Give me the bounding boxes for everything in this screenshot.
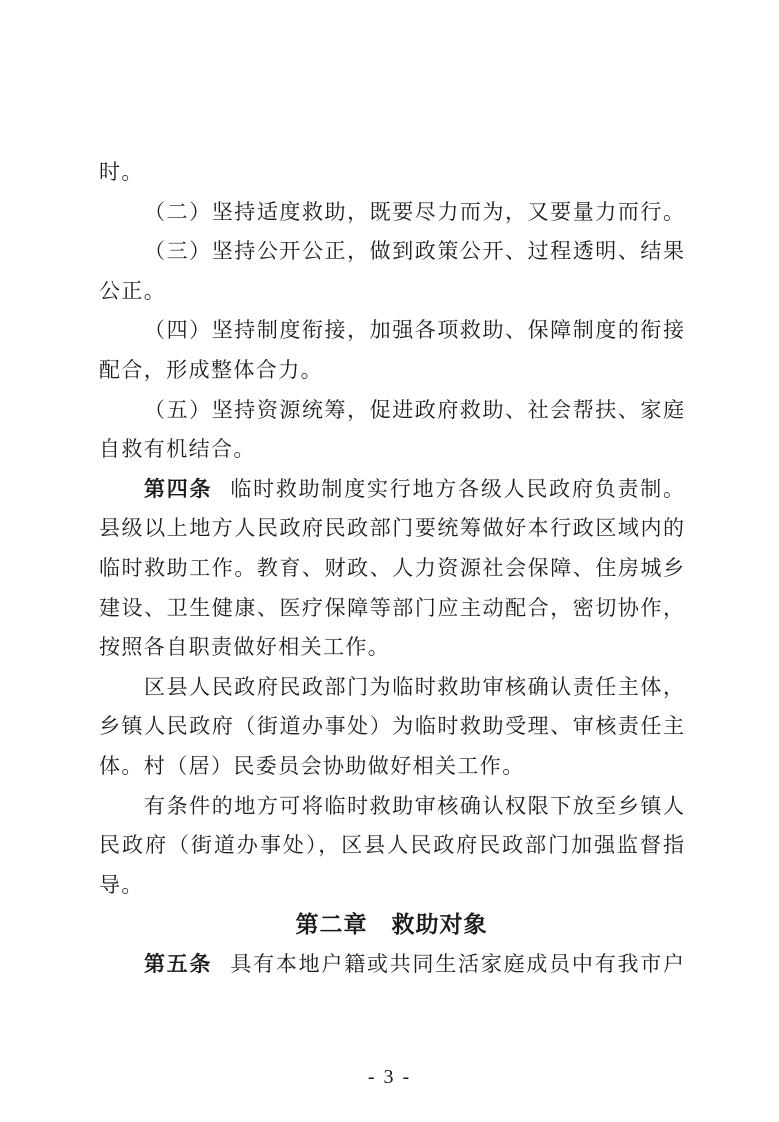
page-number: - 3 - — [0, 1057, 779, 1097]
article-number: 第五条 — [144, 953, 230, 976]
text-line: 乡镇人民政府（街道办事处）为临时救助受理、审核责任主 — [99, 707, 684, 747]
text-line: 第四条临时救助制度实行地方各级人民政府负责制。 — [99, 470, 684, 510]
text-line: 导。 — [99, 866, 684, 906]
document-body: 时。 （二）坚持适度救助，既要尽力而为，又要量力而行。 （三）坚持公开公正，做到… — [99, 153, 684, 984]
text-line: 建设、卫生健康、医疗保障等部门应主动配合，密切协作， — [99, 589, 684, 629]
text-line: 有条件的地方可将临时救助审核确认权限下放至乡镇人 — [99, 787, 684, 827]
chapter-heading: 第二章 救助对象 — [99, 905, 684, 945]
text-line: 县级以上地方人民政府民政部门要统筹做好本行政区域内的 — [99, 509, 684, 549]
document-page: 时。 （二）坚持适度救助，既要尽力而为，又要量力而行。 （三）坚持公开公正，做到… — [0, 0, 779, 1122]
text-line: 自救有机结合。 — [99, 430, 684, 470]
text-line: （三）坚持公开公正，做到政策公开、过程透明、结果 — [99, 232, 684, 272]
article-text: 临时救助制度实行地方各级人民政府负责制。 — [230, 477, 684, 501]
text-line: 区县人民政府民政部门为临时救助审核确认责任主体， — [99, 668, 684, 708]
text-line: （五）坚持资源统筹，促进政府救助、社会帮扶、家庭 — [99, 391, 684, 431]
text-line: 临时救助工作。教育、财政、人力资源社会保障、住房城乡 — [99, 549, 684, 589]
text-line: 公正。 — [99, 272, 684, 312]
text-line: （二）坚持适度救助，既要尽力而为，又要量力而行。 — [99, 193, 684, 233]
text-line: 配合，形成整体合力。 — [99, 351, 684, 391]
text-line: 体。村（居）民委员会协助做好相关工作。 — [99, 747, 684, 787]
text-line: 民政府（街道办事处），区县人民政府民政部门加强监督指 — [99, 826, 684, 866]
article-number: 第四条 — [144, 478, 230, 501]
article-text: 具有本地户籍或共同生活家庭成员中有我市户 — [230, 952, 684, 976]
text-line: 按照各自职责做好相关工作。 — [99, 628, 684, 668]
text-line: （四）坚持制度衔接，加强各项救助、保障制度的衔接 — [99, 311, 684, 351]
text-line: 时。 — [99, 153, 684, 193]
text-line: 第五条具有本地户籍或共同生活家庭成员中有我市户 — [99, 945, 684, 985]
